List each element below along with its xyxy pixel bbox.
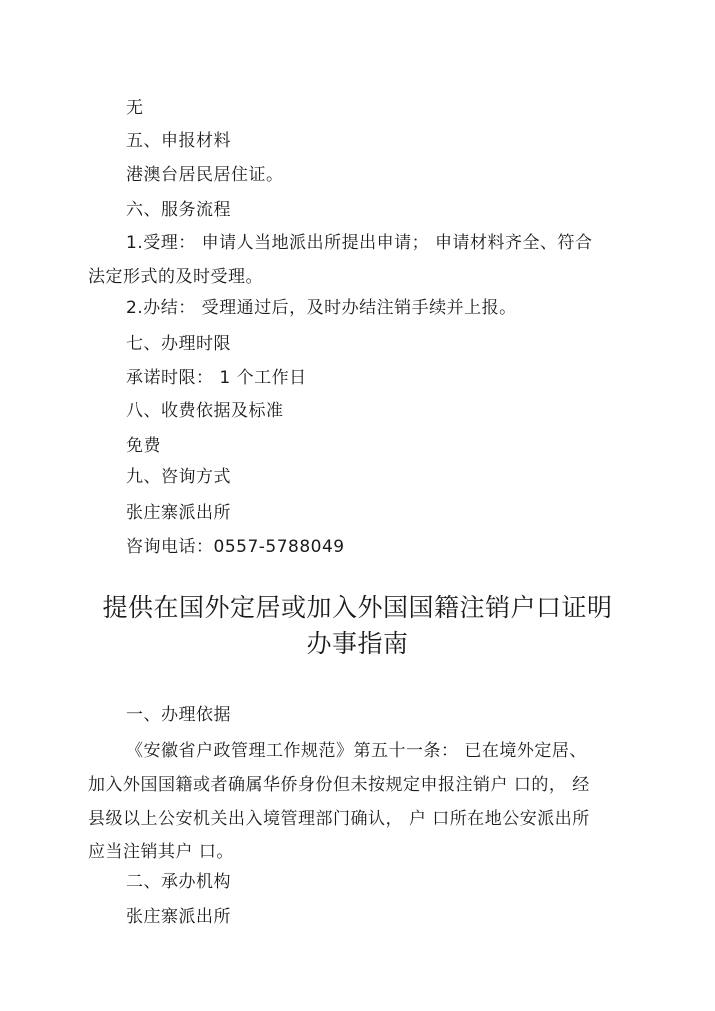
text-handling-agency: 张庄寨派出所 [126,906,231,928]
text-none: 无 [126,97,144,119]
text-legal-basis-1: 《安徽省户政管理工作规范》第五十一条： 已在境外定居、 [126,740,587,762]
heading-fees: 八、收费依据及标准 [126,400,284,422]
text-fees: 免费 [126,435,161,457]
text-police-station: 张庄寨派出所 [126,502,231,524]
heading-handling-agency: 二、承办机构 [126,871,231,893]
text-step-accept: 1.受理： 申请人当地派出所提出申请； 申请材料齐全、符合 [126,232,593,254]
text-time-limit: 承诺时限： 1 个工作日 [126,367,307,389]
text-step-accept-cont: 法定形式的及时受理。 [88,266,263,288]
guide-title-line2: 办事指南 [0,628,715,660]
text-materials: 港澳台居民居住证。 [126,164,284,186]
text-step-complete: 2.办结： 受理通过后，及时办结注销手续并上报。 [126,297,517,319]
heading-consultation: 九、咨询方式 [126,466,231,488]
guide-title-line1: 提供在国外定居或加入外国国籍注销户口证明 [0,592,715,624]
heading-application-materials: 五、申报材料 [126,130,231,152]
heading-service-process: 六、服务流程 [126,199,231,221]
heading-time-limit: 七、办理时限 [126,333,231,355]
text-legal-basis-2: 加入外国国籍或者确属华侨身份但未按规定申报注销户 口的， 经 [88,774,590,796]
text-phone: 咨询电话：0557-5788049 [126,536,345,558]
text-legal-basis-4: 应当注销其户 口。 [88,841,234,863]
text-legal-basis-3: 县级以上公安机关出入境管理部门确认， 户 口所在地公安派出所 [88,808,590,830]
heading-legal-basis: 一、办理依据 [126,704,231,726]
